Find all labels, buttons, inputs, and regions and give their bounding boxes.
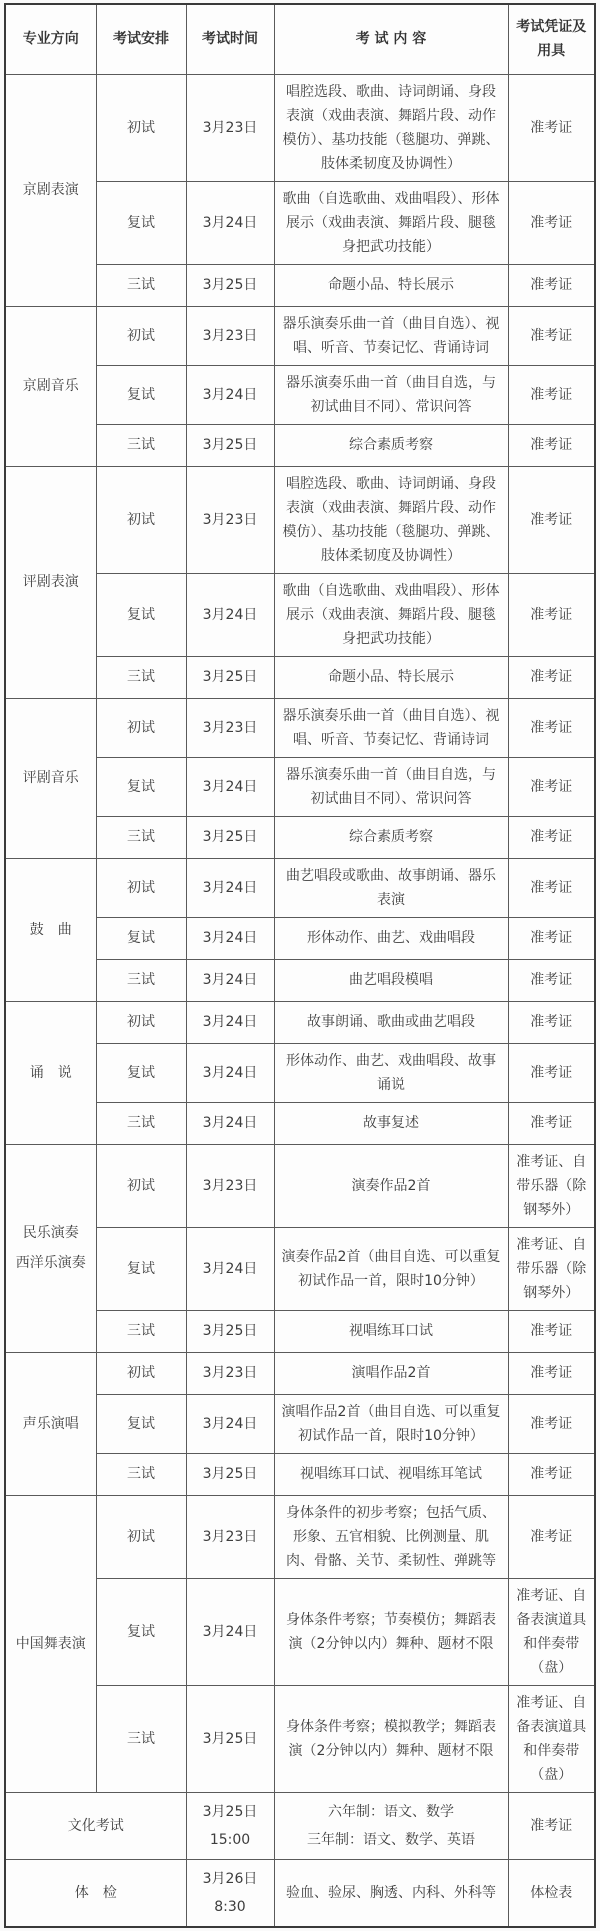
stage-cell: 三试 xyxy=(96,1453,186,1495)
content-cell: 视唱练耳口试、视唱练耳笔试 xyxy=(274,1453,508,1495)
date-cell: 3月23日 xyxy=(186,698,274,757)
date-cell: 3月25日 xyxy=(186,656,274,698)
content-cell: 演奏作品2首 xyxy=(274,1144,508,1227)
content-cell: 故事复述 xyxy=(274,1102,508,1144)
credential-cell: 准考证 xyxy=(508,1792,595,1859)
date-cell: 3月25日 xyxy=(186,1453,274,1495)
credential-cell: 准考证、自带乐器（除钢琴外） xyxy=(508,1227,595,1310)
content-cell: 器乐演奏乐曲一首（曲目自选）、视唱、听音、节奏记忆、背诵诗词 xyxy=(274,698,508,757)
stage-cell: 初试 xyxy=(96,698,186,757)
page: 专业方向 考试安排 考试时间 考 试 内 容 考试凭证及用具 京剧表演 初试 3… xyxy=(0,0,600,1931)
credential-cell: 准考证、自备表演道具和伴奏带（盘） xyxy=(508,1685,595,1792)
stage-cell: 初试 xyxy=(96,1495,186,1578)
table-row: 体 检 3月26日 8:30 验血、验尿、胸透、内科、外科等 体检表 xyxy=(5,1859,595,1927)
date-cell: 3月24日 xyxy=(186,858,274,917)
date-cell: 3月24日 xyxy=(186,917,274,959)
content-cell: 歌曲（自选歌曲、戏曲唱段）、形体展示（戏曲表演、舞蹈片段、腿毯身把武功技能） xyxy=(274,181,508,264)
credential-cell: 准考证 xyxy=(508,698,595,757)
stage-cell: 初试 xyxy=(96,74,186,181)
date-cell: 3月24日 xyxy=(186,1102,274,1144)
major-cell-shengyue: 声乐演唱 xyxy=(5,1352,96,1495)
header-content: 考 试 内 容 xyxy=(274,4,508,74)
date-cell: 3月25日 15:00 xyxy=(186,1792,274,1859)
stage-cell: 初试 xyxy=(96,306,186,365)
content-cell: 曲艺唱段或歌曲、故事朗诵、器乐表演 xyxy=(274,858,508,917)
content-cell: 唱腔选段、歌曲、诗词朗诵、身段表演（戏曲表演、舞蹈片段、动作模仿）、基功技能（毯… xyxy=(274,466,508,573)
credential-cell: 体检表 xyxy=(508,1859,595,1927)
content-cell: 综合素质考察 xyxy=(274,816,508,858)
date-cell: 3月23日 xyxy=(186,1495,274,1578)
stage-cell: 三试 xyxy=(96,264,186,306)
content-cell: 器乐演奏乐曲一首（曲目自选，与初试曲目不同）、常识问答 xyxy=(274,757,508,816)
stage-cell: 初试 xyxy=(96,1144,186,1227)
date-cell: 3月24日 xyxy=(186,181,274,264)
date-cell: 3月24日 xyxy=(186,1394,274,1453)
credential-cell: 准考证 xyxy=(508,1001,595,1043)
stage-cell: 三试 xyxy=(96,959,186,1001)
major-cell-jingju-yinyue: 京剧音乐 xyxy=(5,306,96,466)
date-cell: 3月24日 xyxy=(186,365,274,424)
content-cell: 器乐演奏乐曲一首（曲目自选）、视唱、听音、节奏记忆、背诵诗词 xyxy=(274,306,508,365)
date-line1: 3月25日 xyxy=(193,1798,268,1826)
date-cell: 3月23日 xyxy=(186,1144,274,1227)
credential-cell: 准考证 xyxy=(508,573,595,656)
header-date: 考试时间 xyxy=(186,4,274,74)
stage-cell: 初试 xyxy=(96,1001,186,1043)
table-row: 文化考试 3月25日 15:00 六年制：语文、数学 三年制：语文、数学、英语 … xyxy=(5,1792,595,1859)
stage-cell: 三试 xyxy=(96,1685,186,1792)
stage-cell: 初试 xyxy=(96,1352,186,1394)
content-cell: 唱腔选段、歌曲、诗词朗诵、身段表演（戏曲表演、舞蹈片段、动作模仿）、基功技能（毯… xyxy=(274,74,508,181)
content-cell: 形体动作、曲艺、戏曲唱段、故事诵说 xyxy=(274,1043,508,1102)
credential-cell: 准考证 xyxy=(508,959,595,1001)
date-cell: 3月24日 xyxy=(186,959,274,1001)
content-cell: 演唱作品2首 xyxy=(274,1352,508,1394)
content-cell: 歌曲（自选歌曲、戏曲唱段）、形体展示（戏曲表演、舞蹈片段、腿毯身把武功技能） xyxy=(274,573,508,656)
credential-cell: 准考证 xyxy=(508,1352,595,1394)
exam-schedule-table: 专业方向 考试安排 考试时间 考 试 内 容 考试凭证及用具 京剧表演 初试 3… xyxy=(4,3,596,1928)
major-cell-zhongguowu: 中国舞表演 xyxy=(5,1495,96,1792)
date-cell: 3月24日 xyxy=(186,1227,274,1310)
header-credential: 考试凭证及用具 xyxy=(508,4,595,74)
stage-cell: 复试 xyxy=(96,573,186,656)
content-cell: 演奏作品2首（曲目自选、可以重复初试作品一首，限时10分钟） xyxy=(274,1227,508,1310)
content-cell: 身体条件考察；模拟教学；舞蹈表演（2分钟以内）舞种、题材不限 xyxy=(274,1685,508,1792)
credential-cell: 准考证 xyxy=(508,306,595,365)
credential-cell: 准考证 xyxy=(508,656,595,698)
date-cell: 3月24日 xyxy=(186,1578,274,1685)
date-cell: 3月25日 xyxy=(186,264,274,306)
table-row: 评剧音乐 初试 3月23日 器乐演奏乐曲一首（曲目自选）、视唱、听音、节奏记忆、… xyxy=(5,698,595,757)
date-cell: 3月23日 xyxy=(186,306,274,365)
date-cell: 3月26日 8:30 xyxy=(186,1859,274,1927)
content-line1: 六年制：语文、数学 xyxy=(281,1798,502,1826)
stage-cell: 三试 xyxy=(96,656,186,698)
stage-cell: 复试 xyxy=(96,365,186,424)
credential-cell: 准考证 xyxy=(508,1043,595,1102)
credential-cell: 准考证、自带乐器（除钢琴外） xyxy=(508,1144,595,1227)
content-line2: 三年制：语文、数学、英语 xyxy=(281,1826,502,1854)
footer-label-cell-tijian: 体 检 xyxy=(5,1859,186,1927)
table-row: 京剧表演 初试 3月23日 唱腔选段、歌曲、诗词朗诵、身段表演（戏曲表演、舞蹈片… xyxy=(5,74,595,181)
header-major: 专业方向 xyxy=(5,4,96,74)
content-cell: 命题小品、特长展示 xyxy=(274,264,508,306)
credential-cell: 准考证 xyxy=(508,264,595,306)
stage-cell: 三试 xyxy=(96,1102,186,1144)
table-row: 京剧音乐 初试 3月23日 器乐演奏乐曲一首（曲目自选）、视唱、听音、节奏记忆、… xyxy=(5,306,595,365)
stage-cell: 复试 xyxy=(96,917,186,959)
table-row: 评剧表演 初试 3月23日 唱腔选段、歌曲、诗词朗诵、身段表演（戏曲表演、舞蹈片… xyxy=(5,466,595,573)
date-cell: 3月25日 xyxy=(186,816,274,858)
major-cell-songshuo: 诵 说 xyxy=(5,1001,96,1144)
major-cell-jingju-biaoyan: 京剧表演 xyxy=(5,74,96,306)
credential-cell: 准考证 xyxy=(508,1495,595,1578)
date-cell: 3月25日 xyxy=(186,424,274,466)
credential-cell: 准考证 xyxy=(508,1453,595,1495)
major-cell-pingju-biaoyan: 评剧表演 xyxy=(5,466,96,698)
date-line2: 8:30 xyxy=(193,1893,268,1921)
stage-cell: 复试 xyxy=(96,181,186,264)
stage-cell: 初试 xyxy=(96,466,186,573)
footer-label-cell-wenhua: 文化考试 xyxy=(5,1792,186,1859)
stage-cell: 复试 xyxy=(96,1227,186,1310)
table-row: 诵 说 初试 3月24日 故事朗诵、歌曲或曲艺唱段 准考证 xyxy=(5,1001,595,1043)
content-cell: 视唱练耳口试 xyxy=(274,1310,508,1352)
major-cell-guqu: 鼓 曲 xyxy=(5,858,96,1001)
content-cell: 命题小品、特长展示 xyxy=(274,656,508,698)
credential-cell: 准考证 xyxy=(508,1310,595,1352)
date-cell: 3月23日 xyxy=(186,466,274,573)
date-line2: 15:00 xyxy=(193,1826,268,1854)
date-line1: 3月26日 xyxy=(193,1865,268,1893)
stage-cell: 三试 xyxy=(96,816,186,858)
credential-cell: 准考证 xyxy=(508,365,595,424)
credential-cell: 准考证 xyxy=(508,1394,595,1453)
stage-cell: 三试 xyxy=(96,424,186,466)
date-cell: 3月23日 xyxy=(186,1352,274,1394)
stage-cell: 初试 xyxy=(96,858,186,917)
table-row: 民乐演奏 西洋乐演奏 初试 3月23日 演奏作品2首 准考证、自带乐器（除钢琴外… xyxy=(5,1144,595,1227)
header-stage: 考试安排 xyxy=(96,4,186,74)
stage-cell: 复试 xyxy=(96,1394,186,1453)
content-cell: 形体动作、曲艺、戏曲唱段 xyxy=(274,917,508,959)
credential-cell: 准考证 xyxy=(508,757,595,816)
date-cell: 3月24日 xyxy=(186,1043,274,1102)
date-cell: 3月24日 xyxy=(186,757,274,816)
stage-cell: 复试 xyxy=(96,757,186,816)
content-cell: 演唱作品2首（曲目自选、可以重复初试作品一首，限时10分钟） xyxy=(274,1394,508,1453)
credential-cell: 准考证 xyxy=(508,1102,595,1144)
header-row: 专业方向 考试安排 考试时间 考 试 内 容 考试凭证及用具 xyxy=(5,4,595,74)
stage-cell: 三试 xyxy=(96,1310,186,1352)
credential-cell: 准考证 xyxy=(508,181,595,264)
major-label-line1: 民乐演奏 xyxy=(12,1218,90,1248)
stage-cell: 复试 xyxy=(96,1578,186,1685)
content-cell: 身体条件考察；节奏模仿；舞蹈表演（2分钟以内）舞种、题材不限 xyxy=(274,1578,508,1685)
major-cell-minyue-xiyangyue: 民乐演奏 西洋乐演奏 xyxy=(5,1144,96,1352)
credential-cell: 准考证 xyxy=(508,74,595,181)
content-cell: 曲艺唱段模唱 xyxy=(274,959,508,1001)
content-cell: 故事朗诵、歌曲或曲艺唱段 xyxy=(274,1001,508,1043)
content-cell: 验血、验尿、胸透、内科、外科等 xyxy=(274,1859,508,1927)
table-row: 声乐演唱 初试 3月23日 演唱作品2首 准考证 xyxy=(5,1352,595,1394)
table-row: 鼓 曲 初试 3月24日 曲艺唱段或歌曲、故事朗诵、器乐表演 准考证 xyxy=(5,858,595,917)
content-cell: 六年制：语文、数学 三年制：语文、数学、英语 xyxy=(274,1792,508,1859)
stage-cell: 复试 xyxy=(96,1043,186,1102)
date-cell: 3月23日 xyxy=(186,74,274,181)
content-cell: 器乐演奏乐曲一首（曲目自选，与初试曲目不同）、常识问答 xyxy=(274,365,508,424)
credential-cell: 准考证、自备表演道具和伴奏带（盘） xyxy=(508,1578,595,1685)
credential-cell: 准考证 xyxy=(508,466,595,573)
date-cell: 3月25日 xyxy=(186,1310,274,1352)
credential-cell: 准考证 xyxy=(508,816,595,858)
table-row: 中国舞表演 初试 3月23日 身体条件的初步考察；包括气质、形象、五官相貌、比例… xyxy=(5,1495,595,1578)
date-cell: 3月25日 xyxy=(186,1685,274,1792)
content-cell: 综合素质考察 xyxy=(274,424,508,466)
credential-cell: 准考证 xyxy=(508,858,595,917)
content-cell: 身体条件的初步考察；包括气质、形象、五官相貌、比例测量、肌肉、骨骼、关节、柔韧性… xyxy=(274,1495,508,1578)
credential-cell: 准考证 xyxy=(508,917,595,959)
major-cell-pingju-yinyue: 评剧音乐 xyxy=(5,698,96,858)
major-label-line2: 西洋乐演奏 xyxy=(12,1248,90,1278)
date-cell: 3月24日 xyxy=(186,573,274,656)
credential-cell: 准考证 xyxy=(508,424,595,466)
date-cell: 3月24日 xyxy=(186,1001,274,1043)
